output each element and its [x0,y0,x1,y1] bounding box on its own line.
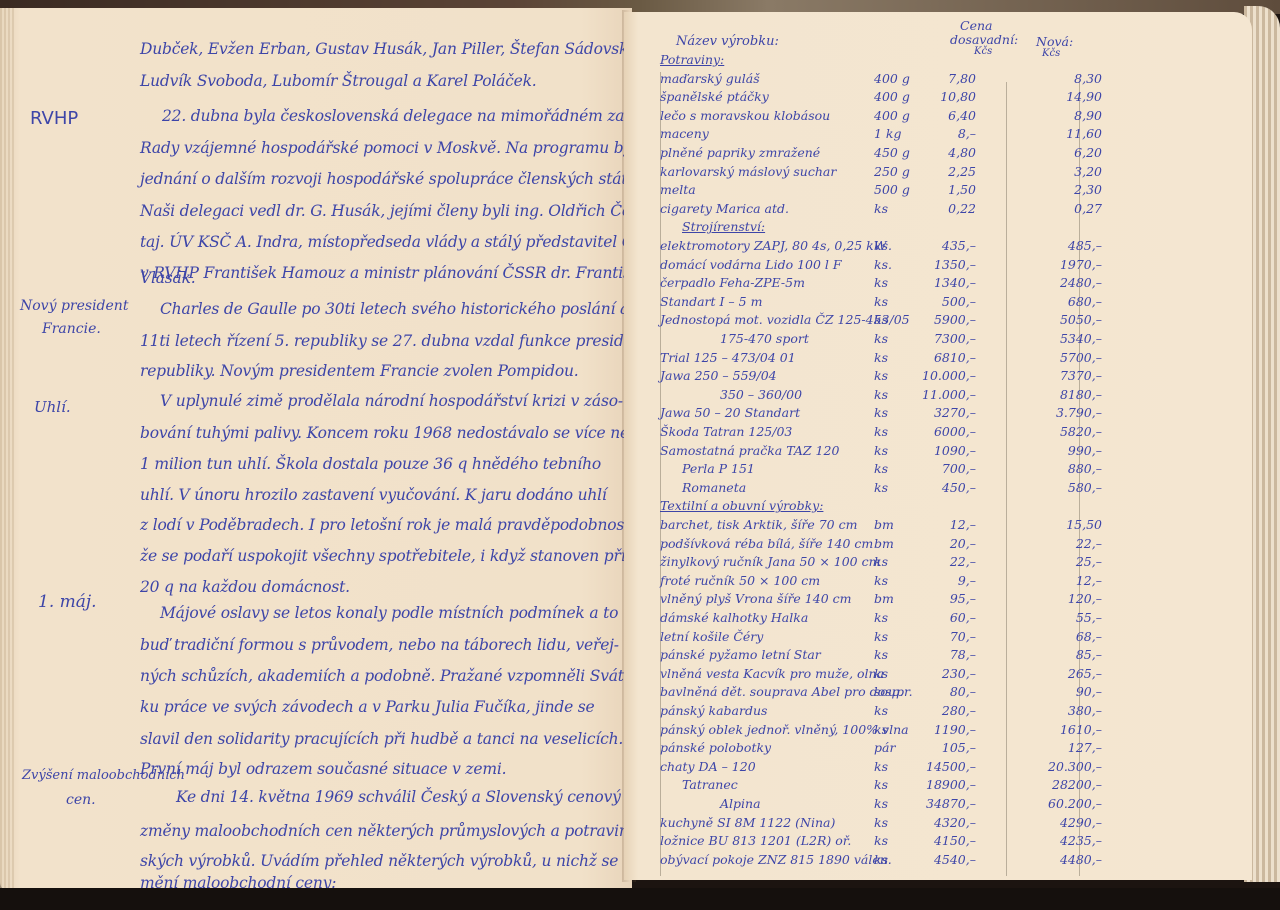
new-price: 990,– [1068,443,1102,458]
text-line: Ke dni 14. května 1969 schválil Český a … [176,788,661,806]
product-name: Trial 125 – 473/04 01 [660,350,796,365]
new-price: 127,– [1068,740,1102,755]
new-price: 60.200,– [1048,796,1102,811]
old-price: 3270,– [934,405,976,420]
unit: ks [874,703,888,718]
product-name: podšívková réba bílá, šíře 140 cm [660,536,873,551]
text-line: republiky. Novým presidentem Francie zvo… [140,362,579,380]
unit: bm [874,536,894,551]
header-old-price-1: Cena [960,18,992,33]
text-line: změny maloobchodních cen některých průmy… [140,822,650,840]
product-name: pánské polobotky [660,740,771,755]
text-line: z lodí v Poděbradech. I pro letošní rok … [140,516,635,534]
new-price: 580,– [1068,480,1102,495]
new-price: 0,27 [1074,201,1102,216]
unit: ks [874,368,888,383]
product-name: bavlněná dět. souprava Abel pro dosp. [660,684,904,699]
table-row: Tatranecks18900,–28200,– [660,777,1220,797]
product-name: Textilní a obuvní výrobky: [660,498,823,513]
margin-note-novy-president: Nový president [20,298,128,314]
unit: 400 g [874,108,910,123]
old-price: 9,– [958,573,976,588]
product-name: plněné papriky zmražené [660,145,820,160]
table-row: cigarety Marica atd.ks0,220,27 [660,201,1220,221]
text-line: buď tradiční formou s průvodem, nebo na … [140,636,619,654]
old-price: 4320,– [934,815,976,830]
table-row: Trial 125 – 473/04 01ks6810,–5700,– [660,350,1220,370]
old-price: 1340,– [934,275,976,290]
unit: ks [874,815,888,830]
product-name: lečo s moravskou klobásou [660,108,830,123]
text-line: ku práce ve svých závodech a v Parku Jul… [140,698,595,716]
product-name: 350 – 360/00 [720,387,802,402]
new-price: 8,90 [1074,108,1102,123]
unit: bm [874,517,894,532]
new-price: 485,– [1068,238,1102,253]
unit: ks. [874,238,892,253]
new-price: 20.300,– [1048,759,1102,774]
new-price: 4235,– [1060,833,1102,848]
text-line: Ludvík Svoboda, Lubomír Štrougal a Karel… [140,72,537,90]
old-price: 4,80 [948,145,976,160]
text-line: 11ti letech řízení 5. republiky se 27. d… [140,332,657,350]
new-price: 85,– [1076,647,1102,662]
table-row: Jawa 250 – 559/04ks10.000,–7370,– [660,368,1220,388]
old-price: 1350,– [934,257,976,272]
unit: ks [874,666,888,681]
new-price: 12,– [1076,573,1102,588]
table-row: ložnice BU 813 1201 (L2R) oř.ks4150,–423… [660,833,1220,853]
unit: ks. [874,257,892,272]
text-line: 20 q na každou domácnost. [140,578,350,596]
new-price: 5050,– [1060,312,1102,327]
old-price: 80,– [950,684,976,699]
product-name: vlněná vesta Kacvík pro muže, olna [660,666,884,681]
old-price: 5900,– [934,312,976,327]
new-price: 4290,– [1060,815,1102,830]
unit: ks [874,852,888,867]
unit: ks [874,629,888,644]
unit: ks [874,350,888,365]
text-line: taj. ÚV KSČ A. Indra, místopředseda vlád… [140,233,665,251]
unit: 250 g [874,164,910,179]
old-price: 105,– [942,740,976,755]
text-line: Rady vzájemné hospodářské pomoci v Moskv… [140,139,646,157]
product-name: obývací pokoje ZNZ 815 1890 válen. [660,852,892,867]
table-row: letní košile Čéryks70,–68,– [660,629,1220,649]
old-price: 60,– [950,610,976,625]
old-price: 280,– [942,703,976,718]
text-line: První máj byl odrazem současné situace v… [140,760,506,778]
new-price: 28200,– [1052,777,1102,792]
table-row: domácí vodárna Lido 100 l Fks.1350,–1970… [660,257,1220,277]
table-row: Standart I – 5 mks500,–680,– [660,294,1220,314]
new-price: 6,20 [1074,145,1102,160]
text-line: ných schůzích, akademiích a podobně. Pra… [140,667,629,685]
new-price: 3,20 [1074,164,1102,179]
notebook-spread: RVHP Nový president Francie. Uhlí. 1. má… [0,0,1280,910]
unit: bm [874,591,894,606]
table-row: pánský kabardusks280,–380,– [660,703,1220,723]
table-row: 350 – 360/00ks11.000,–8180,– [660,387,1220,407]
unit: ks [874,573,888,588]
new-price: 22,– [1076,536,1102,551]
unit: ks [874,833,888,848]
old-price: 20,– [950,536,976,551]
table-row: Škoda Tatran 125/03ks6000,–5820,– [660,424,1220,444]
product-name: žinylkový ručník Jana 50 × 100 cm [660,554,880,569]
unit: ks [874,647,888,662]
table-row: froté ručník 50 × 100 cmks9,–12,– [660,573,1220,593]
unit: soupr. [874,684,913,699]
table-row: pánský oblek jednoř. vlněný, 100% vlnaks… [660,722,1220,742]
old-price: 8,– [958,126,976,141]
table-row: maceny1 kg8,–11,60 [660,126,1220,146]
product-name: froté ručník 50 × 100 cm [660,573,820,588]
table-row: pánské polobotkypár105,–127,– [660,740,1220,760]
product-name: maďarský guláš [660,71,760,86]
unit: 1 kg [874,126,902,141]
table-row: Samostatná pračka TAZ 120ks1090,–990,– [660,443,1220,463]
unit: ks [874,275,888,290]
old-price: 450,– [942,480,976,495]
left-page: RVHP Nový president Francie. Uhlí. 1. má… [0,8,632,892]
table-row: 175-470 sportks7300,–5340,– [660,331,1220,351]
product-name: Jawa 250 – 559/04 [660,368,777,383]
unit: 400 g [874,89,910,104]
unit: ks [874,331,888,346]
new-price: 1970,– [1060,257,1102,272]
margin-note-cen: cen. [66,792,96,808]
unit: ks [874,796,888,811]
old-price: 10,80 [940,89,976,104]
new-price: 8180,– [1060,387,1102,402]
old-price: 12,– [950,517,976,532]
table-row: podšívková réba bílá, šíře 140 cmbm20,–2… [660,536,1220,556]
old-price: 7,80 [948,71,976,86]
text-line: Dubček, Evžen Erban, Gustav Husák, Jan P… [140,40,639,58]
new-price: 680,– [1068,294,1102,309]
unit: 500 g [874,182,910,197]
product-name: Škoda Tatran 125/03 [660,424,792,439]
product-name: letní košile Čéry [660,629,763,644]
product-name: elektromotory ZAPJ, 80 4s, 0,25 kW [660,238,887,253]
table-row: žinylkový ručník Jana 50 × 100 cmks22,–2… [660,554,1220,574]
new-price: 15,50 [1066,517,1102,532]
table-row: Jednostopá mot. vozidla ČZ 125-453/05ks5… [660,312,1220,332]
unit: ks [874,201,888,216]
new-price: 5820,– [1060,424,1102,439]
old-price: 6,40 [948,108,976,123]
old-price: 2,25 [948,164,976,179]
unit: 400 g [874,71,910,86]
new-price: 25,– [1076,554,1102,569]
text-line: V uplynulé zimě prodělala národní hospod… [160,392,623,410]
table-section-header: Potraviny: [660,52,1220,72]
new-price: 5700,– [1060,350,1102,365]
product-name: cigarety Marica atd. [660,201,789,216]
old-price: 95,– [950,591,976,606]
table-row: Jawa 50 – 20 Standartks3270,–3.790,– [660,405,1220,425]
product-name: Alpina [720,796,761,811]
page-stack-edge [0,8,14,892]
text-line: Naši delegaci vedl dr. G. Husák, jejími … [140,202,667,220]
new-price: 7370,– [1060,368,1102,383]
table-row: maďarský guláš400 g7,808,30 [660,71,1220,91]
old-price: 6000,– [934,424,976,439]
product-name: Samostatná pračka TAZ 120 [660,443,839,458]
old-price: 4540,– [934,852,976,867]
old-price: 1090,– [934,443,976,458]
table-row: lečo s moravskou klobásou400 g6,408,90 [660,108,1220,128]
table-row: vlněná vesta Kacvík pro muže, olnaks230,… [660,666,1220,686]
new-price: 8,30 [1074,71,1102,86]
unit: ks [874,312,888,327]
new-price: 880,– [1068,461,1102,476]
table-row: obývací pokoje ZNZ 815 1890 válen.ks4540… [660,852,1220,872]
new-price: 90,– [1076,684,1102,699]
text-line: že se podaří uspokojit všechny spotřebit… [140,547,649,565]
old-price: 70,– [950,629,976,644]
table-row: bavlněná dět. souprava Abel pro dosp.sou… [660,684,1220,704]
table-row: plněné papriky zmražené450 g4,806,20 [660,145,1220,165]
unit: ks [874,387,888,402]
right-page: Název výrobku: Cena dosavadní: Kčs Nová:… [624,12,1252,880]
text-line: uhlí. V únoru hrozilo zastavení vyučován… [140,486,607,504]
product-name: melta [660,182,696,197]
new-price: 265,– [1068,666,1102,681]
product-name: karlovarský máslový suchar [660,164,836,179]
margin-note-1-maj: 1. máj. [38,592,97,612]
table-row: Romanetaks450,–580,– [660,480,1220,500]
product-name: maceny [660,126,709,141]
table-row: dámské kalhotky Halkaks60,–55,– [660,610,1220,630]
table-row: španělské ptáčky400 g10,8014,90 [660,89,1220,109]
new-price: 3.790,– [1056,405,1102,420]
new-price: 2,30 [1074,182,1102,197]
product-name: domácí vodárna Lido 100 l F [660,257,842,272]
new-price: 380,– [1068,703,1102,718]
old-price: 230,– [942,666,976,681]
new-price: 1610,– [1060,722,1102,737]
old-price: 6810,– [934,350,976,365]
text-line: slavil den solidarity pracujících při hu… [140,730,623,748]
product-name: barchet, tisk Arktik, šíře 70 cm [660,517,857,532]
text-line: 1 milion tun uhlí. Škola dostala pouze 3… [140,455,601,473]
new-price: 14,90 [1066,89,1102,104]
product-name: Perla P 151 [682,461,755,476]
old-price: 1,50 [948,182,976,197]
text-line: bování tuhými palivy. Koncem roku 1968 n… [140,424,637,442]
unit: ks [874,405,888,420]
new-price: 11,60 [1066,126,1102,141]
old-price: 18900,– [926,777,976,792]
table-row: elektromotory ZAPJ, 80 4s, 0,25 kWks.435… [660,238,1220,258]
text-line: ských výrobků. Uvádím přehled některých … [140,852,618,870]
old-price: 7300,– [934,331,976,346]
unit: ks [874,443,888,458]
product-name: vlněný plyš Vrona šíře 140 cm [660,591,852,606]
product-name: ložnice BU 813 1201 (L2R) oř. [660,833,851,848]
product-name: čerpadlo Feha-ZPE-5m [660,275,805,290]
product-name: 175-470 sport [720,331,809,346]
product-name: Jawa 50 – 20 Standart [660,405,800,420]
old-price: 1190,– [934,722,976,737]
unit: ks [874,759,888,774]
product-name: chaty DA – 120 [660,759,756,774]
old-price: 700,– [942,461,976,476]
old-price: 11.000,– [922,387,976,402]
margin-note-rvhp: RVHP [30,108,78,129]
old-price: 0,22 [948,201,976,216]
margin-note-uhli: Uhlí. [34,398,71,416]
book-cover-bottom [0,888,1280,910]
old-price: 435,– [942,238,976,253]
unit: ks [874,294,888,309]
new-price: 55,– [1076,610,1102,625]
table-row: Perla P 151ks700,–880,– [660,461,1220,481]
old-price: 4150,– [934,833,976,848]
product-name: Standart I – 5 m [660,294,762,309]
unit: ks [874,480,888,495]
product-name: pánský oblek jednoř. vlněný, 100% vlna [660,722,909,737]
product-name: kuchyně SI 8M 1122 (Nina) [660,815,835,830]
table-section-header: Strojírenství: [660,219,1220,239]
table-row: barchet, tisk Arktik, šíře 70 cmbm12,–15… [660,517,1220,537]
unit: ks [874,424,888,439]
product-name: Jednostopá mot. vozidla ČZ 125-453/05 [660,312,910,327]
unit: 450 g [874,145,910,160]
text-line: jednání o dalším rozvoji hospodářské spo… [140,170,689,188]
old-price: 500,– [942,294,976,309]
old-price: 34870,– [926,796,976,811]
product-name: Tatranec [682,777,738,792]
new-price: 2480,– [1060,275,1102,290]
unit: ks [874,610,888,625]
new-price: 4480,– [1060,852,1102,867]
text-line: 22. dubna byla československá delegace n… [162,107,674,125]
product-name: Romaneta [682,480,746,495]
product-name: Potraviny: [660,52,724,67]
product-name: pánské pyžamo letní Star [660,647,821,662]
table-row: čerpadlo Feha-ZPE-5mks1340,–2480,– [660,275,1220,295]
new-price: 68,– [1076,629,1102,644]
unit: ks [874,777,888,792]
text-line: v RVHP František Hamouz a ministr plánov… [140,264,649,282]
old-price: 10.000,– [922,368,976,383]
table-row: kuchyně SI 8M 1122 (Nina)ks4320,–4290,– [660,815,1220,835]
product-name: Strojírenství: [682,219,765,234]
unit: ks [874,554,888,569]
unit: ks [874,461,888,476]
header-new-price: Nová: [1036,34,1073,49]
unit: pár [874,740,895,755]
table-section-header: Textilní a obuvní výrobky: [660,498,1220,518]
text-line: Vlasák. [140,269,196,287]
table-row: chaty DA – 120ks14500,–20.300,– [660,759,1220,779]
text-line: Májové oslavy se letos konaly podle míst… [160,604,618,622]
new-price: 120,– [1068,591,1102,606]
old-price: 14500,– [926,759,976,774]
table-row: pánské pyžamo letní Starks78,–85,– [660,647,1220,667]
table-row: Alpinaks34870,–60.200,– [660,796,1220,816]
margin-note-francie: Francie. [42,321,101,337]
old-price: 22,– [950,554,976,569]
header-product-name: Název výrobku: [676,34,779,49]
product-name: pánský kabardus [660,703,767,718]
unit: ks [874,722,888,737]
header-old-price-2: dosavadní: [950,32,1018,47]
product-name: dámské kalhotky Halka [660,610,808,625]
new-price: 5340,– [1060,331,1102,346]
text-line: Charles de Gaulle po 30ti letech svého h… [160,300,653,318]
table-row: vlněný plyš Vrona šíře 140 cmbm95,–120,– [660,591,1220,611]
table-row: melta500 g1,502,30 [660,182,1220,202]
table-row: karlovarský máslový suchar250 g2,253,20 [660,164,1220,184]
old-price: 78,– [950,647,976,662]
product-name: španělské ptáčky [660,89,769,104]
